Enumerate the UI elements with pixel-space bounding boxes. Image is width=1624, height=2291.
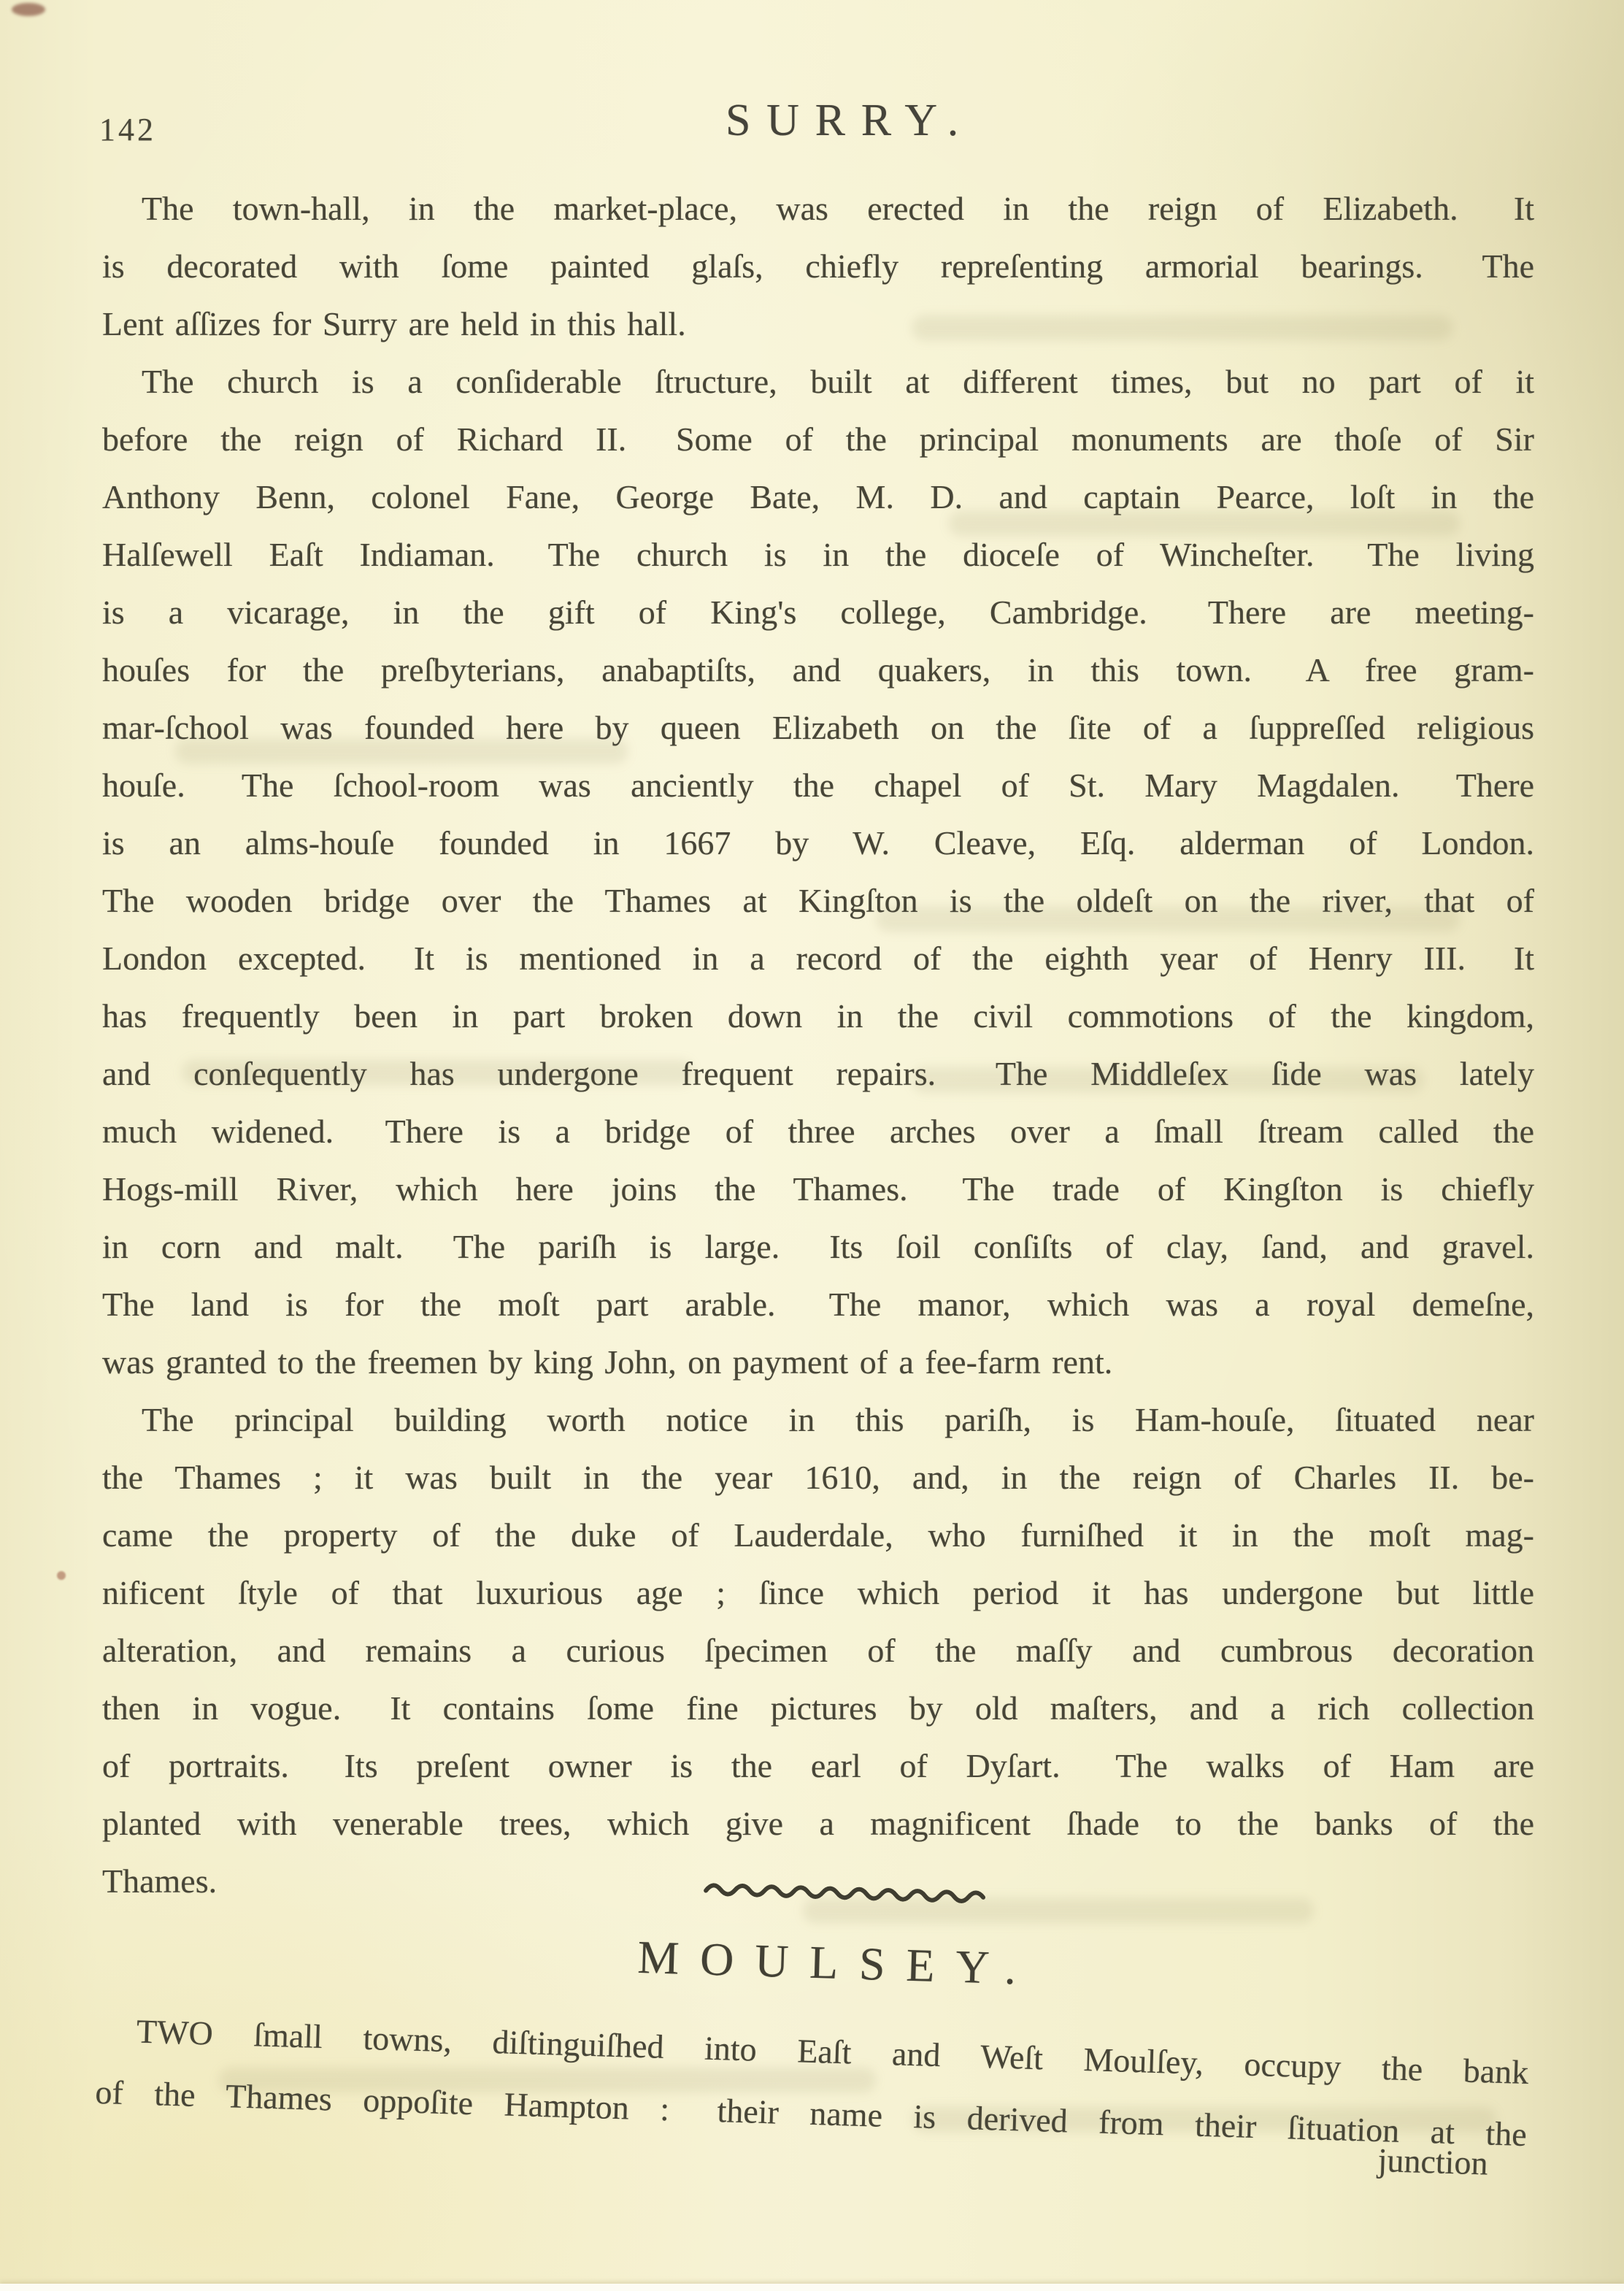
text-line: planted with venerable trees, which give… (102, 1795, 1534, 1852)
text-line: is a vicarage, in the gift of King's col… (102, 583, 1534, 641)
text-line: houſes for the preſbyterians, anabaptiſt… (102, 641, 1534, 699)
text-line: alteration, and remains a curious ſpecim… (102, 1622, 1534, 1679)
text-line: London excepted. It is mentioned in a re… (102, 929, 1534, 987)
text-line: much widened. There is a bridge of three… (102, 1102, 1534, 1160)
text-line: The town-hall, in the market-place, was … (102, 180, 1534, 237)
text-line: The wooden bridge over the Thames at Kin… (102, 872, 1534, 929)
text-line: nificent ſtyle of that luxurious age ; ſ… (102, 1564, 1534, 1622)
text-line: has frequently been in part broken down … (102, 987, 1534, 1045)
text-line: of portraits. Its preſent owner is the e… (102, 1737, 1534, 1795)
text-line: is decorated with ſome painted glaſs, ch… (102, 237, 1534, 295)
text-line: The principal building worth notice in t… (102, 1391, 1534, 1448)
text-line: the Thames ; it was built in the year 16… (102, 1448, 1534, 1506)
text-line: and conſequently has undergone frequent … (102, 1045, 1534, 1102)
section-text: TWO ſmall towns, diſtinguiſhed into Eaſt… (94, 1999, 1529, 2165)
text-line: is an alms-houſe founded in 1667 by W. C… (102, 814, 1534, 872)
text-line: Lent aſſizes for Surry are held in this … (102, 295, 1534, 353)
text-line: before the reign of Richard II. Some of … (102, 410, 1534, 468)
ink-stain-mark (57, 1571, 66, 1580)
catchword: junction (1377, 2141, 1488, 2182)
text-line: houſe. The ſchool-room was anciently the… (102, 756, 1534, 814)
ink-stain-mark (12, 3, 45, 16)
running-head: SURRY. (38, 95, 1624, 147)
text-line: The church is a conſiderable ſtructure, … (102, 353, 1534, 410)
text-line: was granted to the freemen by king John,… (102, 1333, 1534, 1391)
text-line: in corn and malt. The pariſh is large. I… (102, 1218, 1534, 1275)
text-line: Halſewell Eaſt Indiaman. The church is i… (102, 526, 1534, 583)
text-line: came the property of the duke of Lauderd… (102, 1506, 1534, 1564)
text-line: Anthony Benn, colonel Fane, George Bate,… (102, 468, 1534, 526)
section-heading: MOULSEY. (121, 1915, 1554, 2011)
text-line: mar-ſchool was founded here by queen Eli… (102, 699, 1534, 756)
scanned-book-page: { "page": { "number": "142", "running_he… (0, 0, 1624, 2291)
text-line: The land is for the moſt part arable. Th… (102, 1275, 1534, 1333)
text-line: Hogs-mill River, which here joins the Th… (102, 1160, 1534, 1218)
body-text: The town-hall, in the market-place, was … (102, 180, 1534, 1910)
text-line: then in vogue. It contains ſome fine pic… (102, 1679, 1534, 1737)
moulsey-section: MOULSEY. TWO ſmall towns, diſtinguiſhed … (92, 1860, 1533, 2253)
scan-bottom-edge (0, 2284, 1624, 2291)
